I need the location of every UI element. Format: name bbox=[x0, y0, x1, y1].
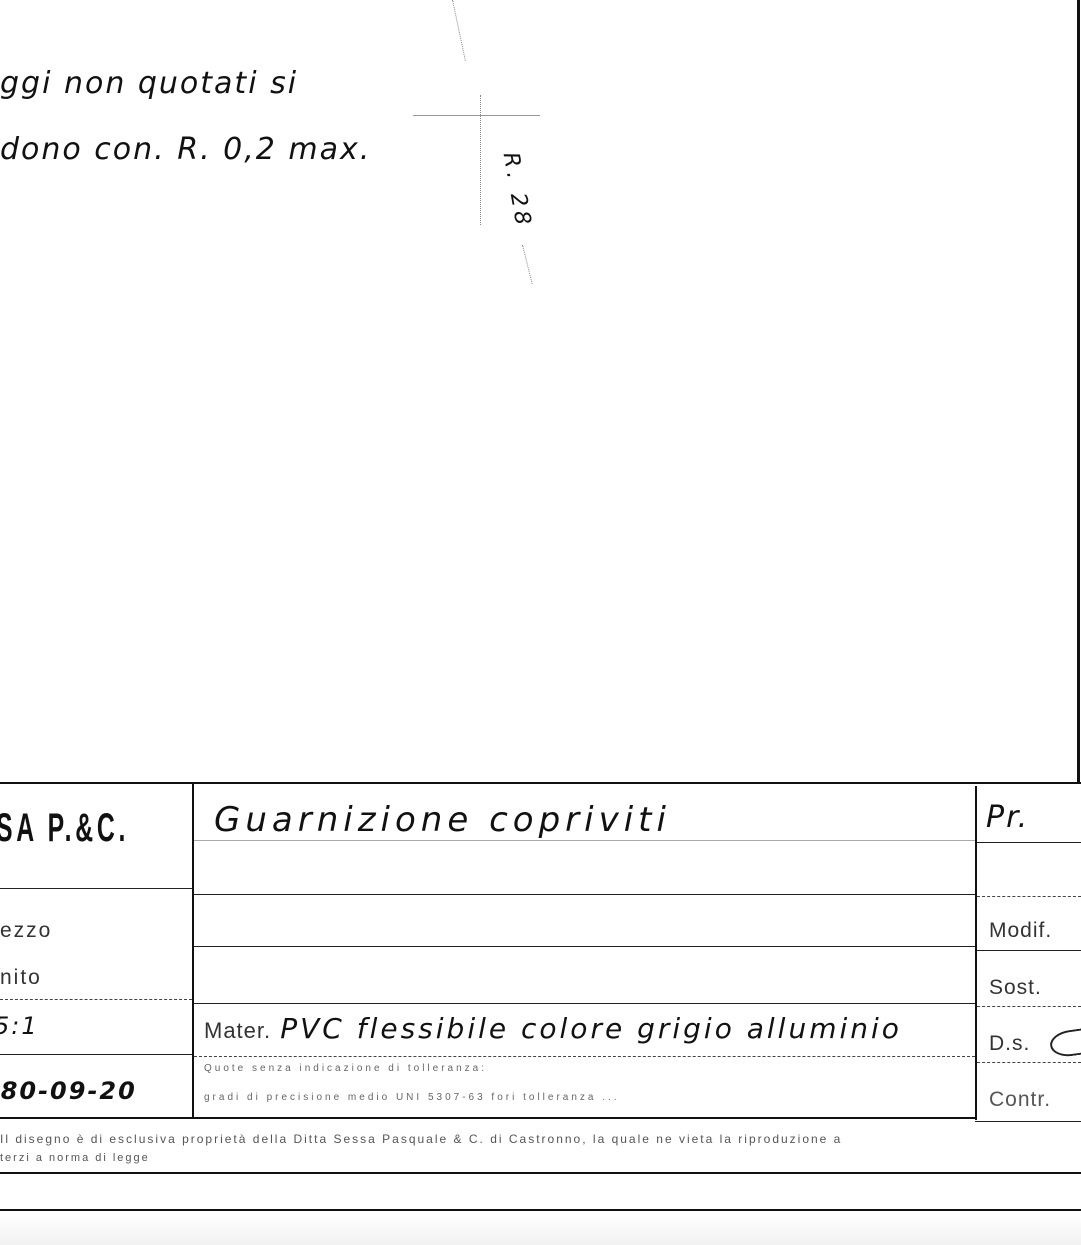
mid-col-line-3 bbox=[194, 946, 975, 947]
construction-line-lower bbox=[522, 245, 533, 284]
right-col-line-5 bbox=[977, 1062, 1081, 1063]
label-prezzo: ezzo bbox=[0, 919, 52, 943]
material-row: Mater. PVC flessibile colore grigio allu… bbox=[204, 1012, 902, 1045]
company-stamp: SA P.&C. bbox=[0, 806, 129, 851]
center-line-vertical bbox=[480, 95, 481, 225]
right-col-line-1 bbox=[977, 842, 1081, 843]
scan-background bbox=[0, 1215, 1081, 1245]
signature-mark bbox=[1048, 1027, 1081, 1059]
mid-col-line-5 bbox=[194, 1056, 975, 1057]
title-block-divider-left bbox=[192, 782, 194, 1118]
label-modif: Modif. bbox=[989, 919, 1052, 943]
mid-col-line-2 bbox=[194, 894, 975, 895]
center-line-horizontal bbox=[413, 115, 540, 116]
right-col-line-4 bbox=[977, 1006, 1081, 1007]
title-block-top-border bbox=[0, 782, 1081, 784]
frame-right-border bbox=[1077, 0, 1080, 782]
mid-col-line-1 bbox=[194, 840, 975, 841]
drawing-note-line-2: dono con. R. 0,2 max. bbox=[0, 132, 371, 167]
radius-annotation: R. 28 bbox=[498, 150, 536, 230]
title-block-bottom-border-right bbox=[975, 1121, 1081, 1122]
construction-line-upper bbox=[452, 0, 466, 61]
material-value: PVC flessibile colore grigio alluminio bbox=[280, 1012, 902, 1045]
date-value: 980-09-20 bbox=[0, 1077, 137, 1105]
material-label: Mater. bbox=[204, 1018, 271, 1043]
title-block-bottom-border bbox=[0, 1117, 975, 1119]
note-line-2-text: dono con. R. 0,2 max. bbox=[0, 132, 371, 167]
ownership-notice-line-1: Il disegno è di esclusiva proprietà dell… bbox=[0, 1132, 842, 1146]
right-col-line-3 bbox=[977, 950, 1081, 951]
label-sost: Sost. bbox=[989, 976, 1042, 1000]
ownership-notice-line-2: terzi a norma di legge bbox=[0, 1152, 150, 1164]
right-col-line-2 bbox=[977, 896, 1081, 897]
left-col-line-1 bbox=[0, 888, 192, 889]
part-title: Guarnizione copriviti bbox=[214, 800, 671, 840]
left-col-line-3 bbox=[0, 1054, 192, 1055]
sheet-border-line-1 bbox=[0, 1172, 1081, 1174]
drawing-note-line-1: ggi non quotati si bbox=[0, 66, 298, 101]
tolerance-line-1: Quote senza indicazione di tolleranza: bbox=[204, 1063, 487, 1074]
sheet-border-line-2 bbox=[0, 1209, 1081, 1211]
scale-value: 5:1 bbox=[0, 1012, 39, 1040]
label-finito: nito bbox=[0, 966, 42, 990]
mid-col-line-4 bbox=[194, 1003, 975, 1004]
label-contr: Contr. bbox=[989, 1088, 1051, 1112]
title-block-divider-right bbox=[975, 786, 977, 1120]
tolerance-line-2: gradi di precisione medio UNI 5307-63 fo… bbox=[204, 1092, 620, 1103]
left-col-line-2 bbox=[0, 999, 192, 1000]
label-pr: Pr. bbox=[986, 800, 1029, 835]
label-ds: D.s. bbox=[989, 1032, 1030, 1056]
